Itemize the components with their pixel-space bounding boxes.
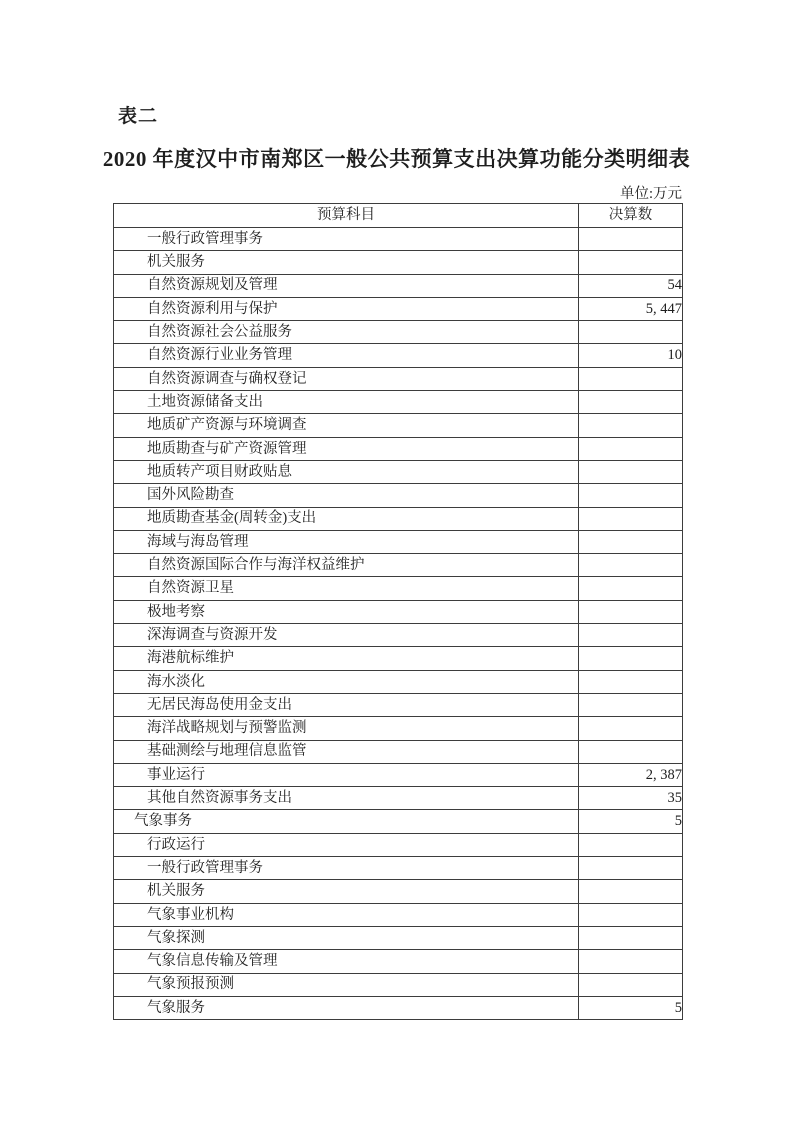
table-row: 土地资源储备支出 [114, 391, 683, 414]
final-amount-cell [579, 530, 683, 553]
budget-subject-cell: 地质勘查基金(周转金)支出 [114, 507, 579, 530]
budget-subject-cell: 海港航标维护 [114, 647, 579, 670]
table-row: 无居民海岛使用金支出 [114, 693, 683, 716]
final-amount-cell [579, 414, 683, 437]
document-page: 表二 2020 年度汉中市南郑区一般公共预算支出决算功能分类明细表 单位:万元 … [0, 0, 793, 1122]
final-amount-cell [579, 903, 683, 926]
budget-subject-cell: 自然资源国际合作与海洋权益维护 [114, 554, 579, 577]
table-row: 气象信息传输及管理 [114, 950, 683, 973]
budget-subject-cell: 气象服务 [114, 996, 579, 1019]
budget-subject-cell: 一般行政管理事务 [114, 228, 579, 251]
final-amount-cell: 35 [579, 787, 683, 810]
budget-subject-cell: 气象信息传输及管理 [114, 950, 579, 973]
budget-subject-cell: 气象预报预测 [114, 973, 579, 996]
table-row: 地质矿产资源与环境调查 [114, 414, 683, 437]
budget-subject-cell: 自然资源调查与确权登记 [114, 367, 579, 390]
final-amount-cell: 54 [579, 274, 683, 297]
document-title: 2020 年度汉中市南郑区一般公共预算支出决算功能分类明细表 [90, 143, 703, 173]
final-amount-cell [579, 926, 683, 949]
table-row: 海水淡化 [114, 670, 683, 693]
column-header-budget-subject: 预算科目 [114, 204, 579, 228]
budget-subject-cell: 无居民海岛使用金支出 [114, 693, 579, 716]
budget-subject-cell: 自然资源规划及管理 [114, 274, 579, 297]
budget-subject-cell: 基础测绘与地理信息监管 [114, 740, 579, 763]
column-header-final-amount: 决算数 [579, 204, 683, 228]
budget-subject-cell: 气象探测 [114, 926, 579, 949]
table-row: 气象事业机构 [114, 903, 683, 926]
table-row: 气象探测 [114, 926, 683, 949]
budget-subject-cell: 自然资源利用与保护 [114, 297, 579, 320]
table-row: 气象事务5 [114, 810, 683, 833]
final-amount-cell [579, 833, 683, 856]
table-row: 一般行政管理事务 [114, 857, 683, 880]
table-row: 自然资源调查与确权登记 [114, 367, 683, 390]
table-row: 一般行政管理事务 [114, 228, 683, 251]
final-amount-cell [579, 484, 683, 507]
final-amount-cell: 10 [579, 344, 683, 367]
final-amount-cell [579, 507, 683, 530]
budget-subject-cell: 地质矿产资源与环境调查 [114, 414, 579, 437]
table-row: 地质勘查基金(周转金)支出 [114, 507, 683, 530]
final-amount-cell [579, 647, 683, 670]
table-row: 海洋战略规划与预警监测 [114, 717, 683, 740]
table-row: 深海调查与资源开发 [114, 624, 683, 647]
budget-subject-cell: 土地资源储备支出 [114, 391, 579, 414]
budget-subject-cell: 地质勘查与矿产资源管理 [114, 437, 579, 460]
final-amount-cell [579, 577, 683, 600]
budget-subject-cell: 自然资源行业业务管理 [114, 344, 579, 367]
table-row: 自然资源国际合作与海洋权益维护 [114, 554, 683, 577]
budget-subject-cell: 机关服务 [114, 251, 579, 274]
budget-subject-cell: 海水淡化 [114, 670, 579, 693]
table-row: 其他自然资源事务支出35 [114, 787, 683, 810]
table-row: 自然资源规划及管理54 [114, 274, 683, 297]
budget-subject-cell: 事业运行 [114, 763, 579, 786]
final-amount-cell [579, 460, 683, 483]
budget-subject-cell: 海洋战略规划与预警监测 [114, 717, 579, 740]
table-header-row: 预算科目 决算数 [114, 204, 683, 228]
budget-subject-cell: 极地考察 [114, 600, 579, 623]
final-amount-cell [579, 717, 683, 740]
final-amount-cell [579, 367, 683, 390]
budget-subject-cell: 气象事业机构 [114, 903, 579, 926]
final-amount-cell [579, 624, 683, 647]
final-amount-cell: 5 [579, 996, 683, 1019]
table-row: 自然资源利用与保护5, 447 [114, 297, 683, 320]
table-row: 气象预报预测 [114, 973, 683, 996]
final-amount-cell [579, 740, 683, 763]
final-amount-cell [579, 973, 683, 996]
budget-subject-cell: 海域与海岛管理 [114, 530, 579, 553]
budget-subject-cell: 其他自然资源事务支出 [114, 787, 579, 810]
final-amount-cell: 5 [579, 810, 683, 833]
final-amount-cell [579, 554, 683, 577]
budget-table: 预算科目 决算数 一般行政管理事务机关服务自然资源规划及管理54自然资源利用与保… [113, 203, 683, 1020]
table-row: 机关服务 [114, 880, 683, 903]
table-row: 海域与海岛管理 [114, 530, 683, 553]
final-amount-cell [579, 693, 683, 716]
final-amount-cell: 5, 447 [579, 297, 683, 320]
final-amount-cell [579, 857, 683, 880]
table-row: 自然资源社会公益服务 [114, 321, 683, 344]
table-row: 海港航标维护 [114, 647, 683, 670]
final-amount-cell [579, 391, 683, 414]
final-amount-cell [579, 880, 683, 903]
budget-subject-cell: 国外风险勘查 [114, 484, 579, 507]
budget-subject-cell: 行政运行 [114, 833, 579, 856]
budget-subject-cell: 自然资源卫星 [114, 577, 579, 600]
table-row: 行政运行 [114, 833, 683, 856]
unit-note: 单位:万元 [113, 182, 682, 203]
budget-subject-cell: 一般行政管理事务 [114, 857, 579, 880]
final-amount-cell: 2, 387 [579, 763, 683, 786]
final-amount-cell [579, 321, 683, 344]
table-number-label: 表二 [118, 101, 158, 128]
final-amount-cell [579, 670, 683, 693]
table-row: 地质转产项目财政贴息 [114, 460, 683, 483]
budget-subject-cell: 自然资源社会公益服务 [114, 321, 579, 344]
table-row: 机关服务 [114, 251, 683, 274]
budget-subject-cell: 地质转产项目财政贴息 [114, 460, 579, 483]
budget-subject-cell: 机关服务 [114, 880, 579, 903]
budget-subject-cell: 深海调查与资源开发 [114, 624, 579, 647]
table-row: 基础测绘与地理信息监管 [114, 740, 683, 763]
budget-subject-cell: 气象事务 [114, 810, 579, 833]
table-row: 地质勘查与矿产资源管理 [114, 437, 683, 460]
final-amount-cell [579, 251, 683, 274]
table-row: 国外风险勘查 [114, 484, 683, 507]
table-row: 事业运行2, 387 [114, 763, 683, 786]
final-amount-cell [579, 228, 683, 251]
table-row: 气象服务5 [114, 996, 683, 1019]
final-amount-cell [579, 950, 683, 973]
final-amount-cell [579, 600, 683, 623]
table-row: 自然资源卫星 [114, 577, 683, 600]
table-row: 极地考察 [114, 600, 683, 623]
table-row: 自然资源行业业务管理10 [114, 344, 683, 367]
final-amount-cell [579, 437, 683, 460]
